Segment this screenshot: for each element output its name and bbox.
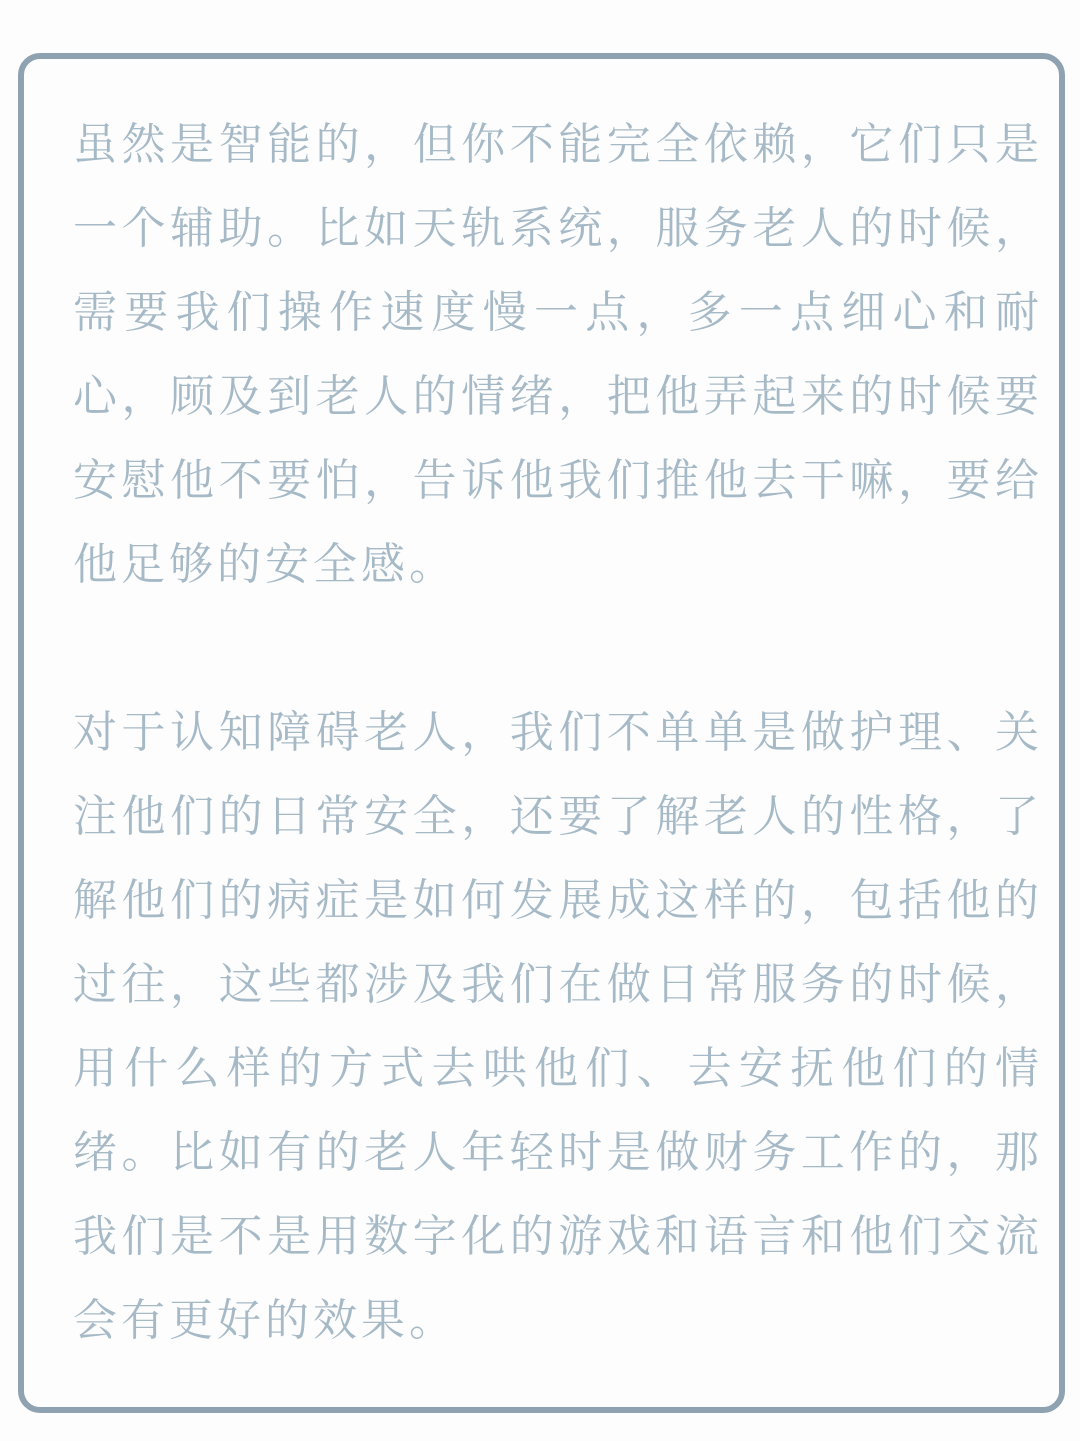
quote-card: 虽然是智能的，但你不能完全依赖，它们只是一个辅助。比如天轨系统，服务老人的时候，…: [18, 53, 1065, 1413]
paragraph-1: 虽然是智能的，但你不能完全依赖，它们只是一个辅助。比如天轨系统，服务老人的时候，…: [73, 103, 1043, 607]
paragraph-2: 对于认知障碍老人，我们不单单是做护理、关注他们的日常安全，还要了解老人的性格，了…: [73, 691, 1043, 1363]
article-body: 虽然是智能的，但你不能完全依赖，它们只是一个辅助。比如天轨系统，服务老人的时候，…: [73, 103, 1043, 1363]
